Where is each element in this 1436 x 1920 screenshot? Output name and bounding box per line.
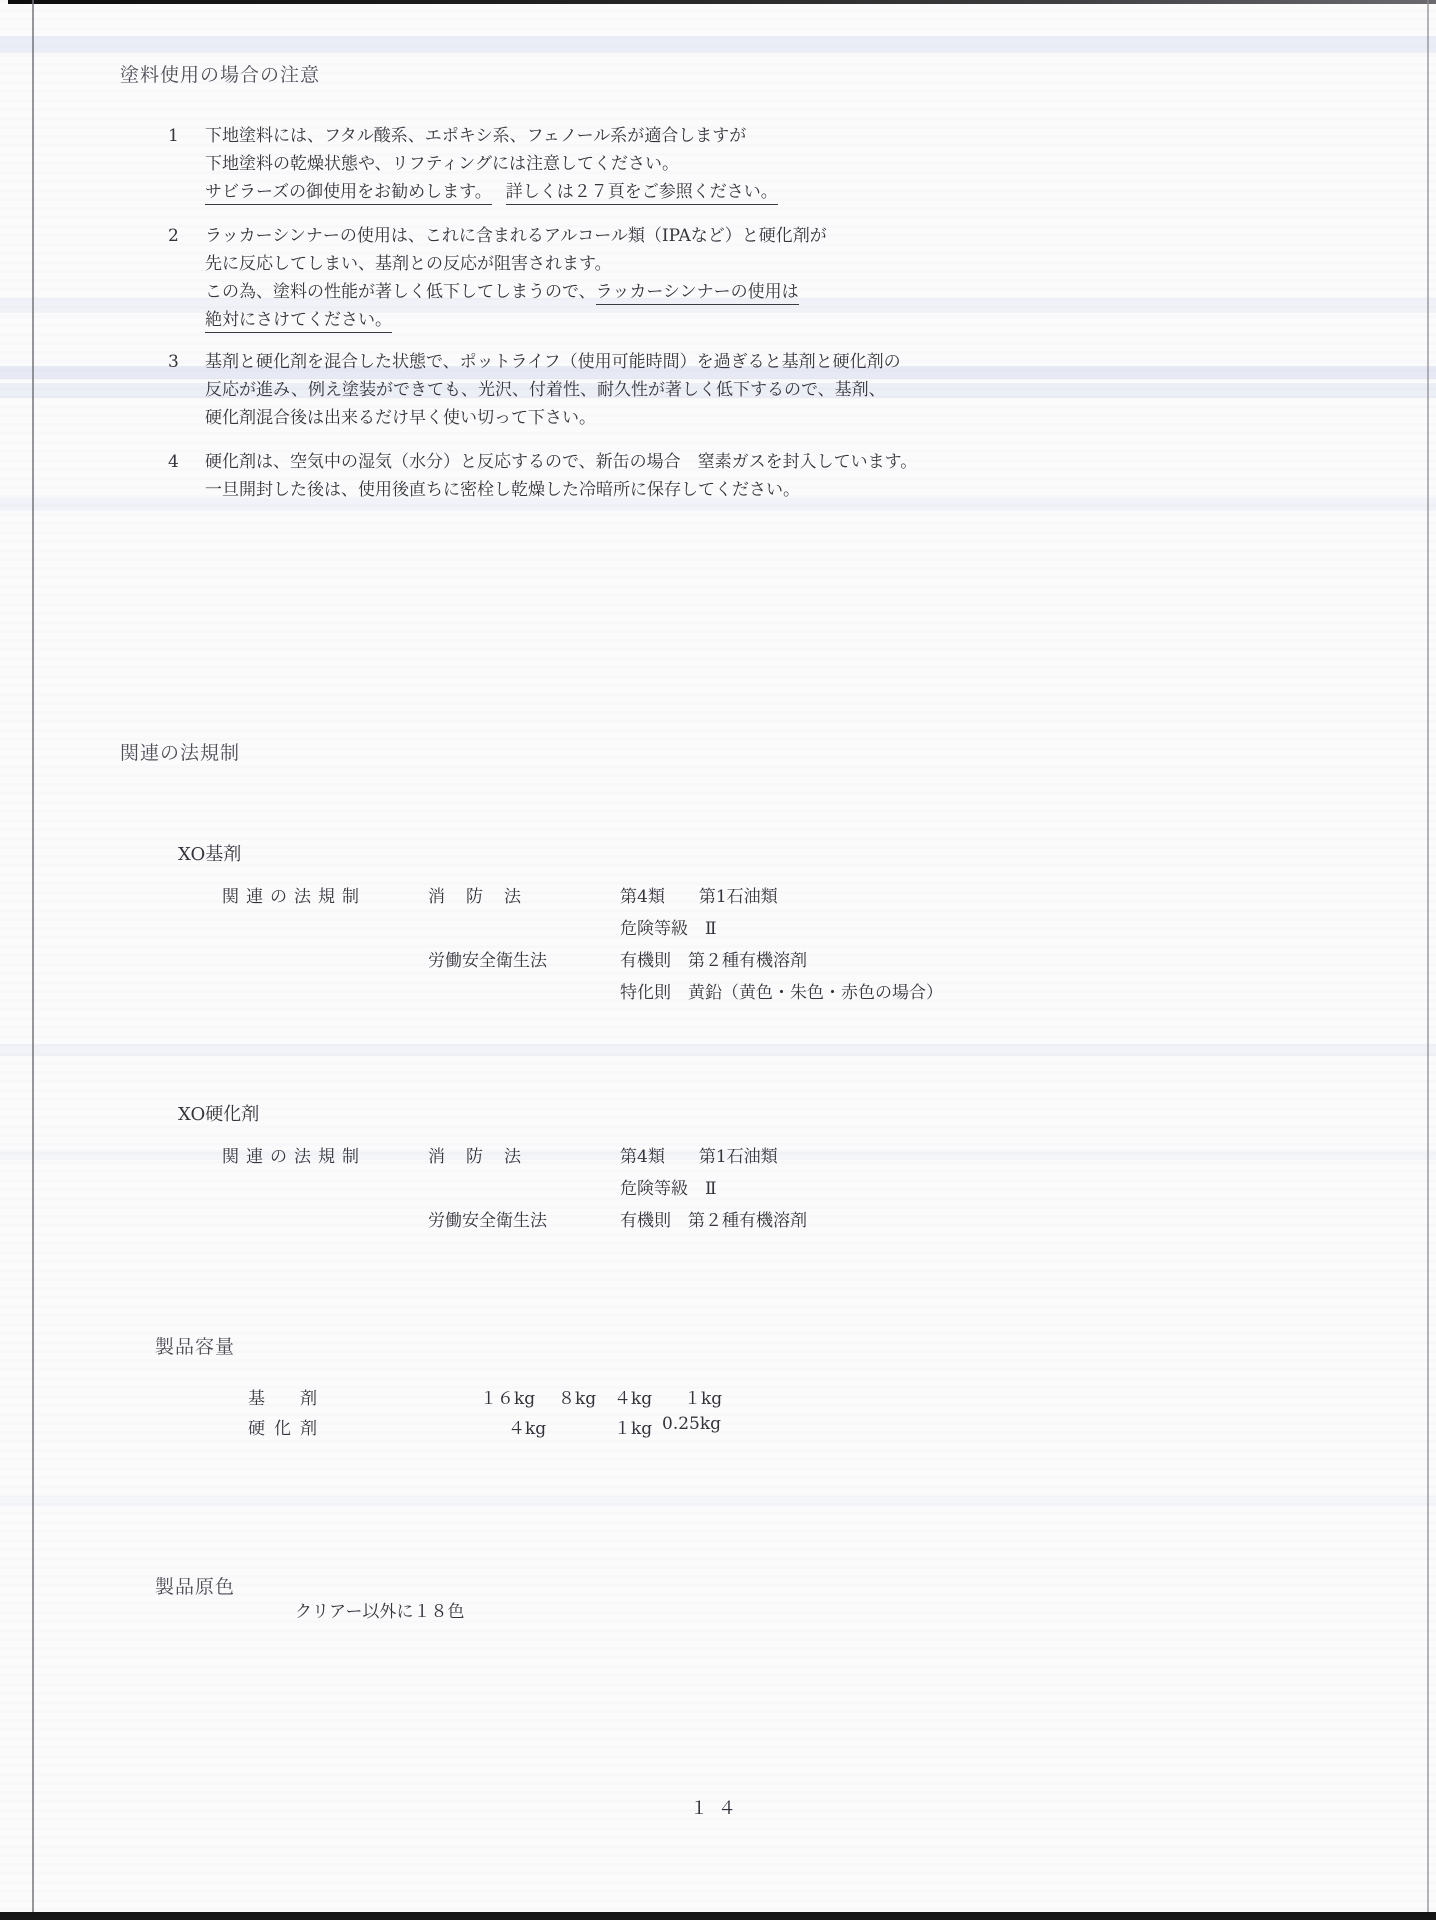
regulations-heading: 関連の法規制 [120, 738, 240, 765]
regulations-group-hardener: XO硬化剤 関連の法規制 消 防 法 第4類 第1石油類 危険等級 Ⅱ 労働安全… [178, 1100, 1178, 1260]
regulation-row: 労働安全衛生法 有機則 第２種有機溶剤 [178, 946, 1178, 976]
scan-artifact-band [0, 36, 1436, 53]
regulation-row: 危険等級 Ⅱ [178, 1174, 1178, 1204]
regulations-group-title: XO基剤 [178, 840, 241, 866]
scan-edge-bottom [0, 1912, 1436, 1920]
regulations-group-title: XO硬化剤 [178, 1100, 259, 1126]
note-item-1: 1 下地塗料には、フタル酸系、エポキシ系、フェノール系が適合しますが 下地塗料の… [168, 122, 1268, 206]
note-line: 下地塗料には、フタル酸系、エポキシ系、フェノール系が適合しますが [205, 122, 1268, 150]
regulation-label: 関連の法規制 [222, 882, 366, 907]
underlined-text: 絶対にさけてください。 [205, 310, 392, 333]
capacity-hardener-label: 硬化剤 [248, 1414, 326, 1439]
usage-notes-heading: 塗料使用の場合の注意 [120, 60, 320, 87]
scan-line-left [32, 0, 34, 1912]
note-item-number: 4 [168, 448, 188, 476]
note-item-number: 3 [168, 348, 188, 376]
note-line: 基剤と硬化剤を混合した状態で、ポットライフ（使用可能時間）を過ぎると基剤と硬化剤… [205, 348, 1268, 376]
scan-line-right [1427, 0, 1429, 1912]
note-line: ラッカーシンナーの使用は、これに含まれるアルコール類（IPAなど）と硬化剤が [205, 222, 1268, 250]
note-line: 絶対にさけてください。 [205, 306, 1268, 334]
underlined-text: 詳しくは２７頁をご参照ください。 [506, 182, 778, 205]
capacity-value: １kg [684, 1384, 722, 1409]
underlined-text: サビラーズの御使用をお勧めします。 [205, 182, 492, 205]
note-line: 硬化剤混合後は出来るだけ早く使い切って下さい。 [205, 404, 1268, 432]
note-item-4: 4 硬化剤は、空気中の湿気（水分）と反応するので、新缶の場合 窒素ガスを封入して… [168, 448, 1268, 504]
note-line: 下地塗料の乾燥状態や、リフティングには注意してください。 [205, 150, 1268, 178]
capacity-base-label: 基 剤 [248, 1384, 326, 1409]
regulations-group-base: XO基剤 関連の法規制 消 防 法 第4類 第1石油類 危険等級 Ⅱ 労働安全衛… [178, 840, 1178, 1030]
regulation-detail: 特化則 黄鉛（黄色・朱色・赤色の場合） [620, 978, 943, 1003]
regulation-row: 特化則 黄鉛（黄色・朱色・赤色の場合） [178, 978, 1178, 1008]
note-line: 一旦開封した後は、使用後直ちに密栓し乾燥した冷暗所に保存してください。 [205, 476, 1268, 504]
regulation-detail: 第4類 第1石油類 [620, 882, 778, 907]
product-colors-text: クリアー以外に１８色 [295, 1597, 465, 1622]
regulation-row: 関連の法規制 消 防 法 第4類 第1石油類 [178, 882, 1178, 912]
note-item-number: 1 [168, 122, 188, 150]
regulation-detail: 危険等級 Ⅱ [620, 914, 717, 939]
note-line: 硬化剤は、空気中の湿気（水分）と反応するので、新缶の場合 窒素ガスを封入していま… [205, 448, 1268, 476]
regulation-row: 危険等級 Ⅱ [178, 914, 1178, 944]
scanned-document-page: 塗料使用の場合の注意 1 下地塗料には、フタル酸系、エポキシ系、フェノール系が適… [0, 0, 1436, 1920]
capacity-heading: 製品容量 [155, 1332, 235, 1359]
note-line: 先に反応してしまい、基剤との反応が阻害されます。 [205, 250, 1268, 278]
page-number: １４ [690, 1794, 746, 1820]
regulation-detail: 有機則 第２種有機溶剤 [620, 946, 807, 971]
note-line: サビラーズの御使用をお勧めします。詳しくは２７頁をご参照ください。 [205, 178, 1268, 206]
capacity-value: １６kg [480, 1384, 535, 1409]
capacity-value: １kg [614, 1414, 652, 1439]
note-item-2: 2 ラッカーシンナーの使用は、これに含まれるアルコール類（IPAなど）と硬化剤が… [168, 222, 1268, 334]
scan-edge-top [8, 0, 1436, 4]
regulation-law: 消 防 法 [428, 1142, 523, 1167]
note-line: この為、塗料の性能が著しく低下してしまうので、ラッカーシンナーの使用は [205, 278, 1268, 306]
regulation-law: 労働安全衛生法 [428, 946, 547, 971]
note-item-3: 3 基剤と硬化剤を混合した状態で、ポットライフ（使用可能時間）を過ぎると基剤と硬… [168, 348, 1268, 432]
capacity-value: ４kg [508, 1414, 546, 1439]
scan-artifact-band [0, 1044, 1436, 1056]
regulation-row: 労働安全衛生法 有機則 第２種有機溶剤 [178, 1206, 1178, 1236]
capacity-value: ８kg [558, 1384, 596, 1409]
regulation-detail: 危険等級 Ⅱ [620, 1174, 717, 1199]
regulation-detail: 第4類 第1石油類 [620, 1142, 778, 1167]
regulation-detail: 有機則 第２種有機溶剤 [620, 1206, 807, 1231]
regulation-row: 関連の法規制 消 防 法 第4類 第1石油類 [178, 1142, 1178, 1172]
capacity-value: 0.25kg [662, 1414, 721, 1434]
note-text: この為、塗料の性能が著しく低下してしまうので、 [205, 282, 596, 302]
product-colors-heading: 製品原色 [155, 1572, 235, 1599]
scan-artifact-band [0, 1496, 1436, 1506]
regulation-law: 労働安全衛生法 [428, 1206, 547, 1231]
note-item-number: 2 [168, 222, 188, 250]
regulation-label: 関連の法規制 [222, 1142, 366, 1167]
underlined-text: ラッカーシンナーの使用は [596, 282, 799, 305]
note-line: 反応が進み、例え塗装ができても、光沢、付着性、耐久性が著しく低下するので、基剤、 [205, 376, 1268, 404]
capacity-value: ４kg [614, 1384, 652, 1409]
regulation-law: 消 防 法 [428, 882, 523, 907]
